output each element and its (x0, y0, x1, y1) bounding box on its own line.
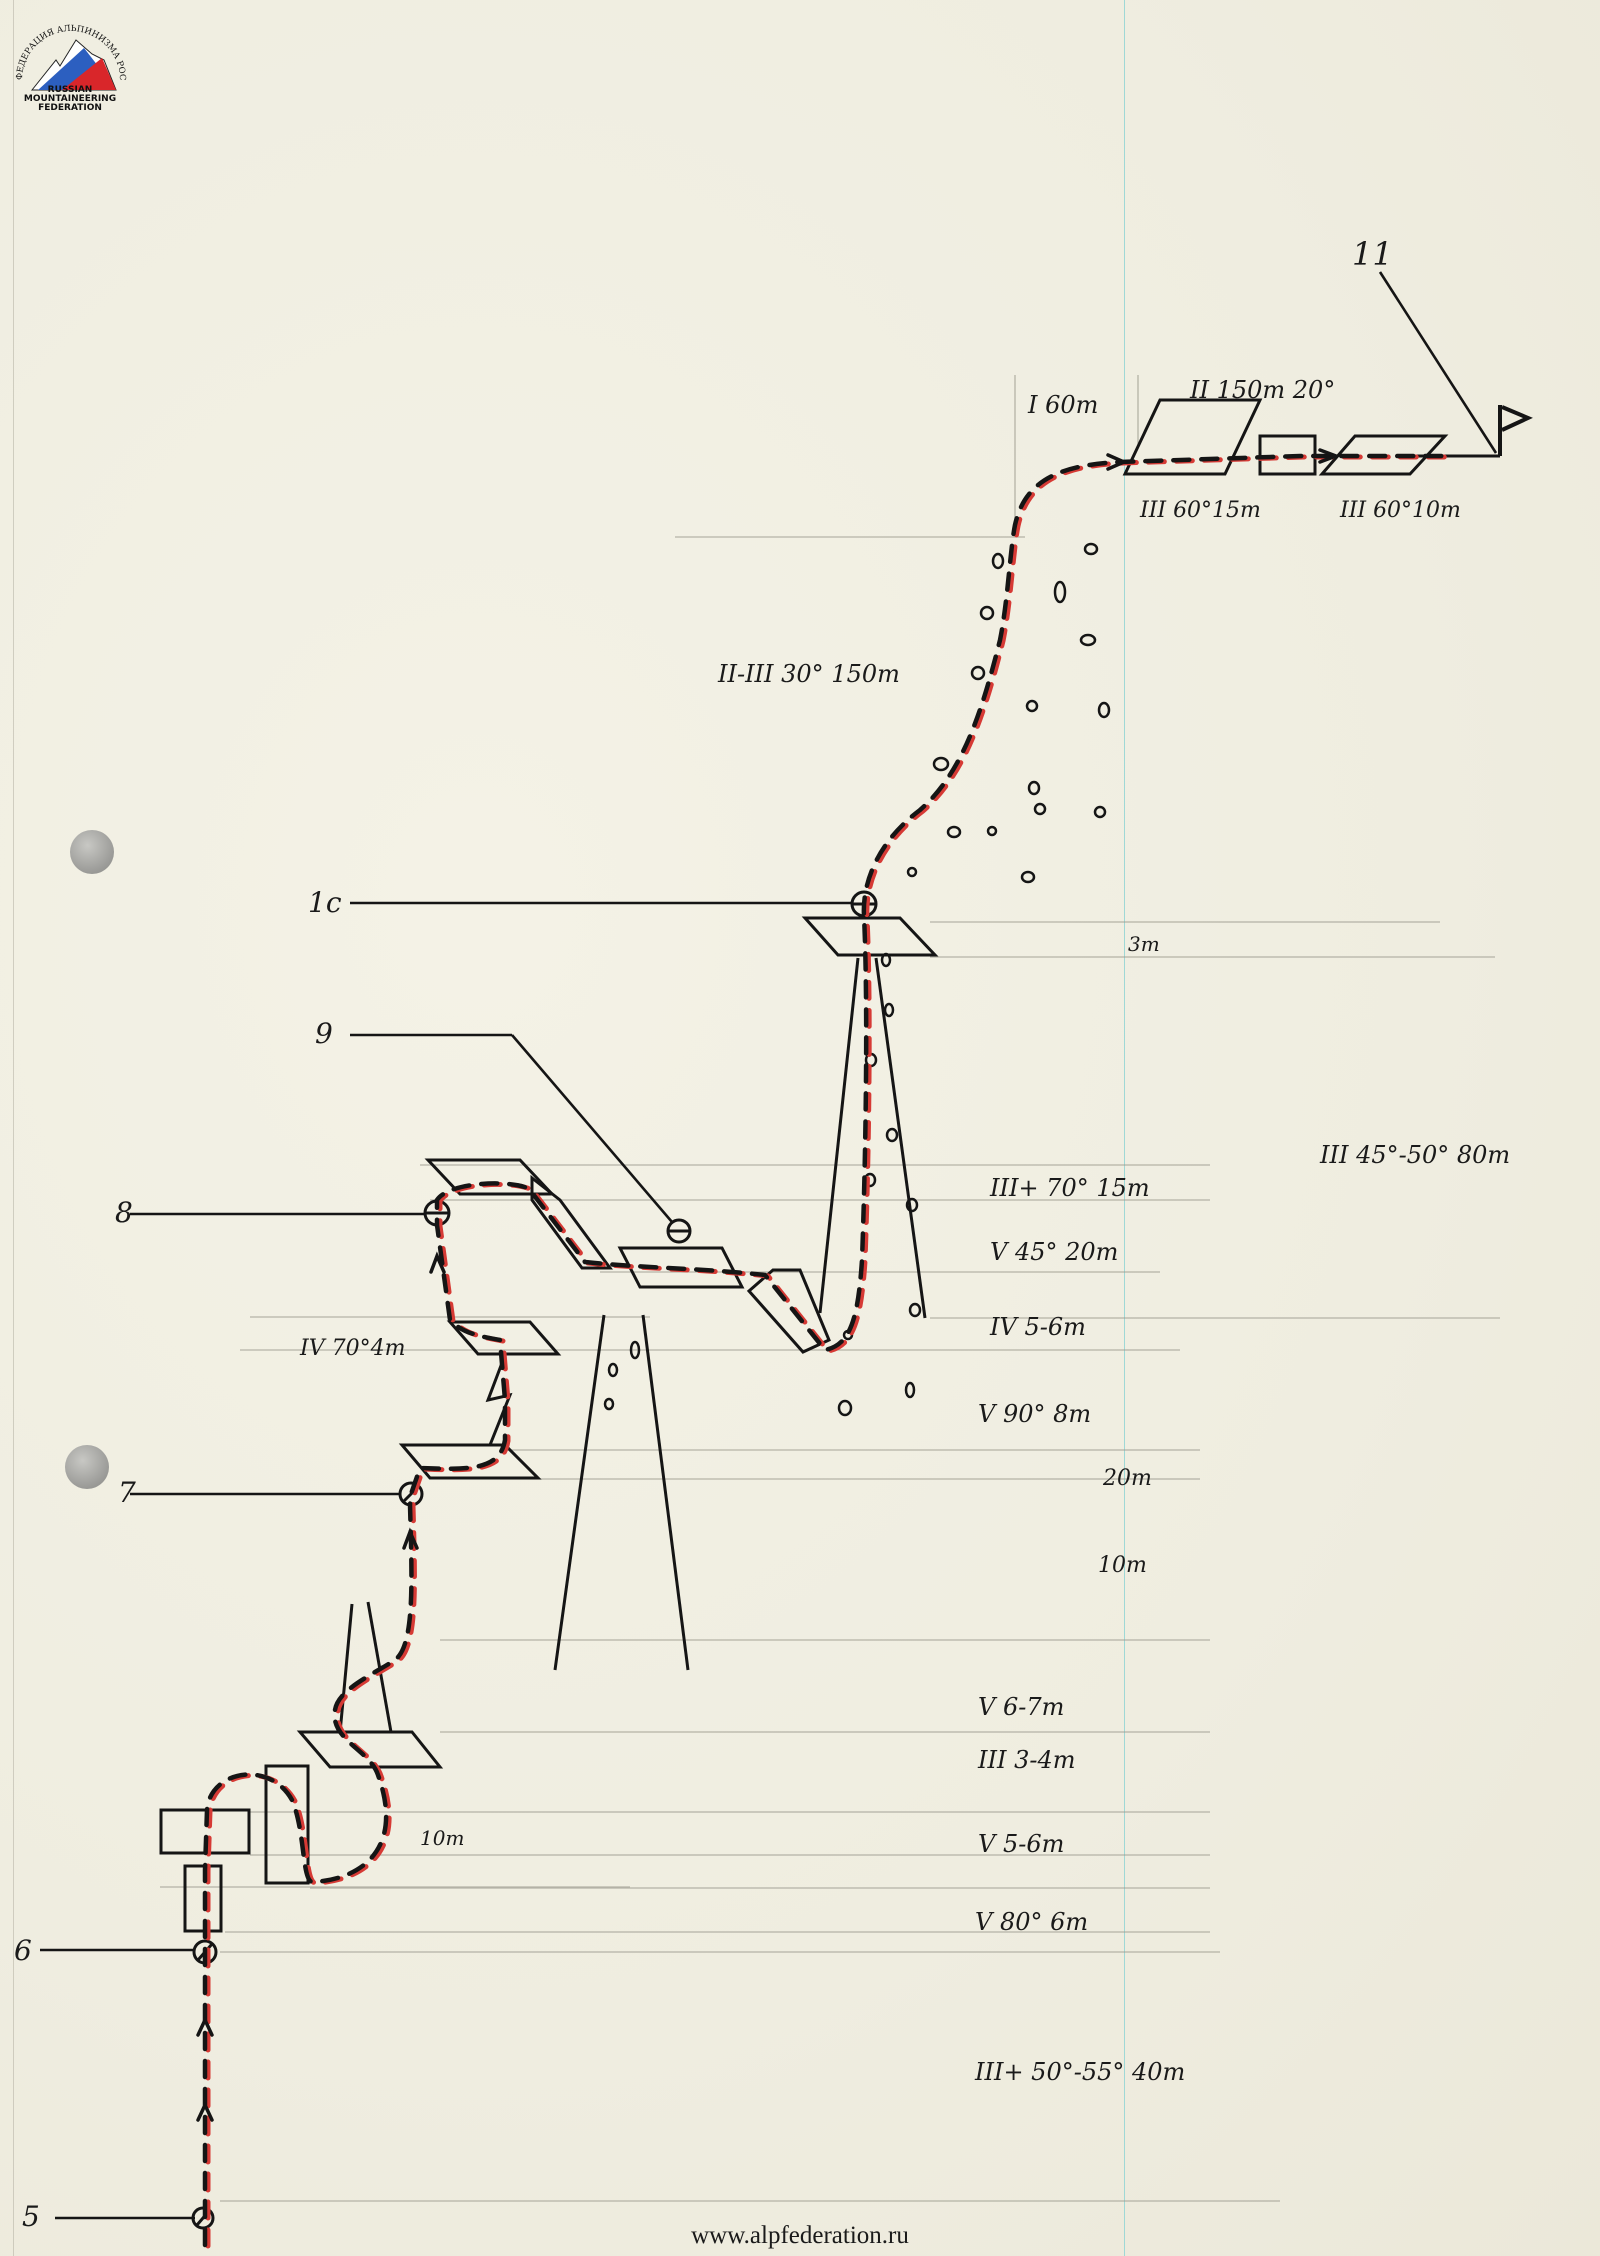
pitch-ii-150m: II 150m 20° (1189, 376, 1335, 404)
station-label-6: 6 (14, 1934, 32, 1967)
pitch-v-45-20m: V 45° 20m (990, 1238, 1118, 1266)
station-label-9: 9 (315, 1017, 333, 1050)
pitch-iv-70-4m: IV 70°4m (299, 1336, 405, 1361)
pitch-i-60m: I 60m (1027, 391, 1098, 419)
pitch-iv-5-6m: IV 5-6m (989, 1313, 1086, 1341)
slab-8-9 (532, 1178, 610, 1268)
pitch-scree-150m: II-III 30° 150m (717, 660, 900, 688)
pitch-iii-60-10m: III 60°10m (1339, 498, 1461, 523)
station-leader-lines (40, 272, 1496, 2218)
pitch-v-6-7m: V 6-7m (978, 1693, 1064, 1721)
pitch-iii-plus-50-55-40m: III+ 50°-55° 40m (974, 2058, 1185, 2086)
pitch-10m-upper: 10m (1098, 1553, 1147, 1578)
pitch-v-90-8m: V 90° 8m (978, 1400, 1091, 1428)
pitch-iii-45-50-80m: III 45°-50° 80m (1319, 1141, 1510, 1169)
pitch-v-5-6m: V 5-6m (978, 1830, 1064, 1858)
pitch-3m: 3m (1128, 932, 1160, 956)
ledge-iv (450, 1322, 558, 1354)
pitch-iii-plus-70-15m: III+ 70° 15m (989, 1174, 1150, 1202)
station-label-11: 11 (1352, 235, 1393, 273)
route-topo-diagram: 5 6 7 8 9 1c 11 I 60m II 150m 20° III 60… (0, 0, 1600, 2256)
pitch-iii-3-4m: III 3-4m (977, 1746, 1075, 1774)
station-label-7: 7 (118, 1476, 136, 1509)
ledge-lower-chimney (300, 1732, 440, 1767)
summit-flag-icon (1502, 407, 1528, 430)
pitch-10m-lower: 10m (420, 1826, 464, 1850)
station-label-8: 8 (115, 1196, 133, 1229)
pitch-v-80-6m: V 80° 6m (975, 1908, 1088, 1936)
station-label-10: 1c (308, 886, 342, 919)
footer-url[interactable]: www.alpfederation.ru (0, 2222, 1600, 2250)
pitch-20m: 20m (1102, 1466, 1152, 1491)
pitch-guide-lines (160, 375, 1500, 2201)
belay-station-icons (193, 892, 876, 2228)
pitch-annotations: I 60m II 150m 20° III 60°15m III 60°10m … (299, 376, 1510, 2086)
station-numbers: 5 6 7 8 9 1c 11 (14, 235, 1393, 2233)
pitch-iii-60-15m: III 60°15m (1139, 498, 1261, 523)
